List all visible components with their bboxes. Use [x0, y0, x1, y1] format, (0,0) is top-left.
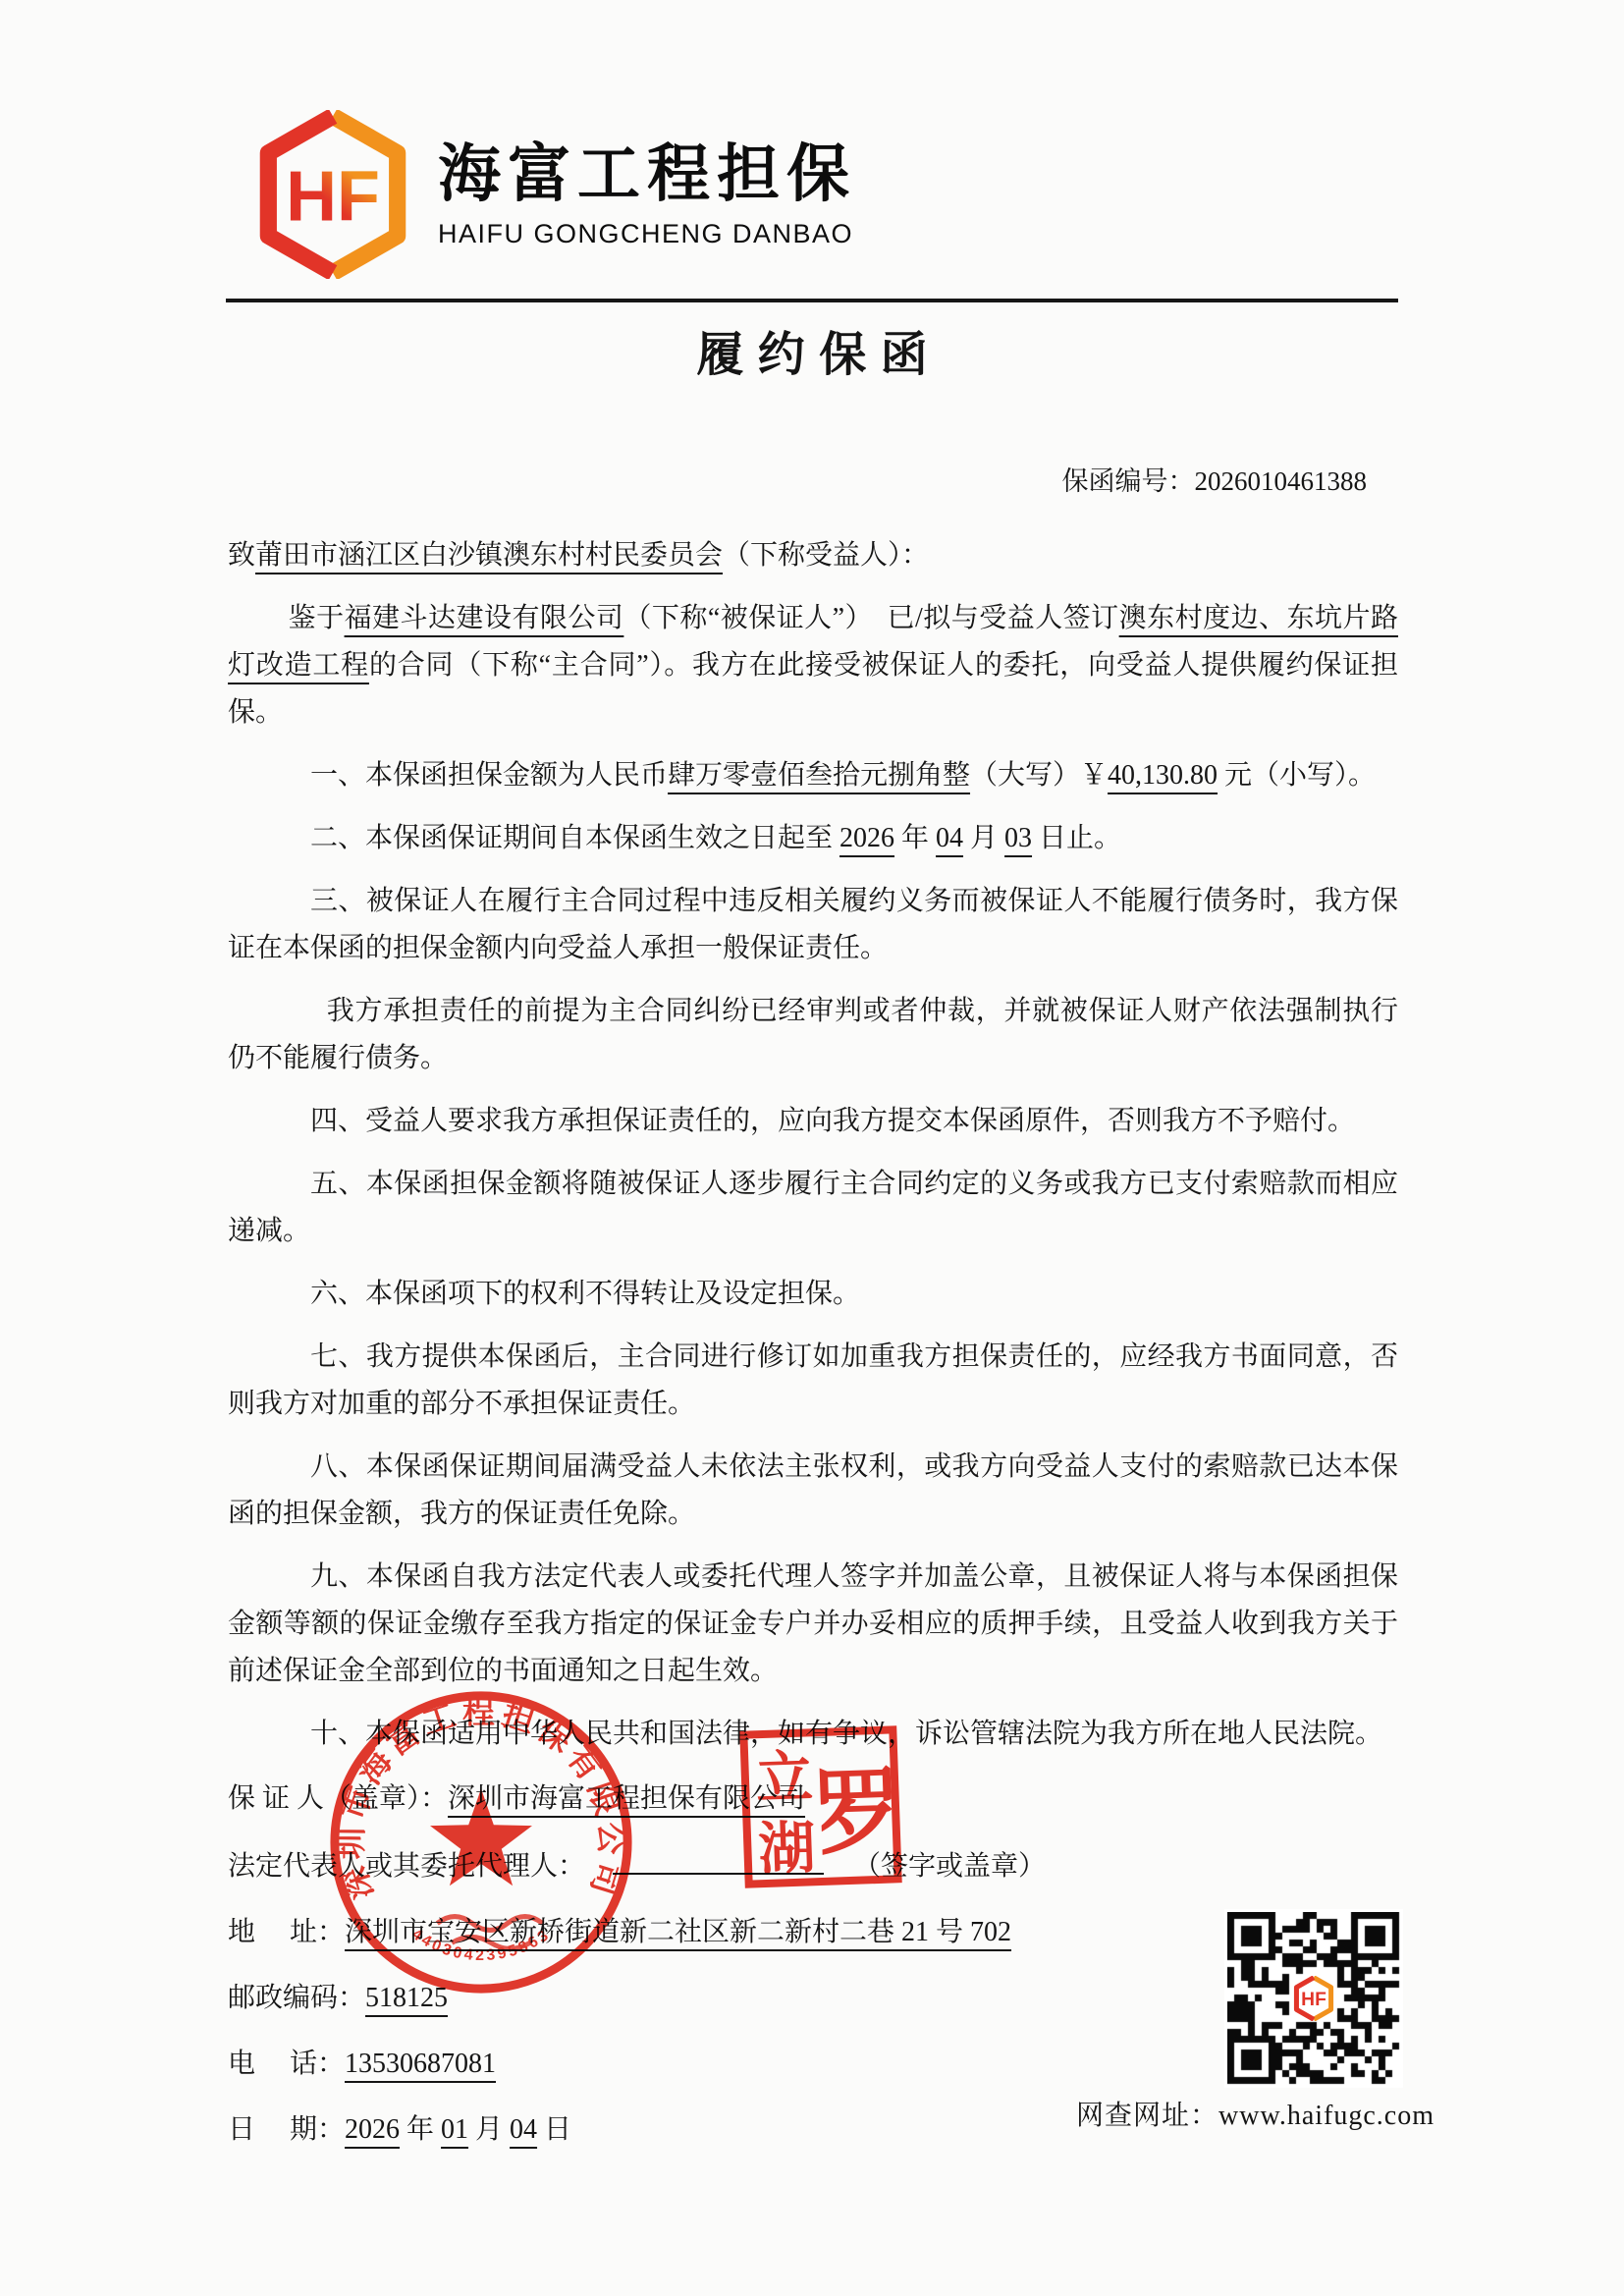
clause-1: 一、本保函担保金额为人民币肆万零壹佰叁拾元捌角整（大写）￥40,130.80 元…: [228, 752, 1398, 799]
ref-value: 2026010461388: [1195, 466, 1368, 496]
clause-3-supplement: 我方承担责任的前提为主合同纠纷已经审判或者仲裁，并就被保证人财产依法强制执行仍不…: [228, 988, 1398, 1082]
text-segment: 一、本保函担保金额为人民币: [310, 760, 668, 791]
postcode-row: 邮政编码：518125: [228, 1975, 1398, 2022]
text-segment: 04: [936, 823, 963, 853]
text-segment: 13530687081: [345, 2049, 496, 2079]
text-segment: 的合同（下称“主合同”）。我方在此接受被保证人的委托，向受益人提供履约保证担保。: [228, 650, 1398, 728]
qr-center-hf-logo-icon: HF: [1293, 1976, 1334, 2021]
text-segment: 03: [1004, 823, 1032, 853]
name-seal-char: 湖: [750, 1807, 823, 1880]
text-segment: （下称“被保证人”） 已/拟与受益人签订: [623, 603, 1118, 633]
text-segment: 鉴于: [289, 603, 345, 633]
logo-chinese-name: 海富工程担保: [438, 139, 856, 208]
text-segment: 六、本保函项下的权利不得转让及设定担保。: [310, 1279, 860, 1309]
text-segment: 九、本保函自我方法定代表人或委托代理人签字并加盖公章，且被保证人将与本保函担保金…: [228, 1561, 1398, 1686]
text-segment: 四、受益人要求我方承担保证责任的，应向我方提交本保函原件，否则我方不予赔付。: [310, 1106, 1355, 1136]
phone-row: 电 话：13530687081: [228, 2041, 1398, 2088]
text-segment: 保 证 人（盖章）：: [228, 1783, 448, 1814]
text-segment: 01: [441, 2114, 468, 2145]
text-segment: 电 话：: [228, 2049, 345, 2079]
text-segment: 地 址：: [228, 1917, 345, 1947]
text-segment: 2026: [839, 823, 894, 853]
svg-text:HF: HF: [286, 158, 380, 237]
text-segment: 莆田市涵江区白沙镇澳东村村民委员会: [255, 540, 723, 571]
text-segment: 年: [894, 823, 936, 853]
text-segment: 五、本保函担保金额将随被保证人逐步履行主合同约定的义务或我方已支付索赔款而相应递…: [228, 1169, 1398, 1246]
salutation-paragraph: 致莆田市涵江区白沙镇澳东村村民委员会（下称受益人）：: [228, 532, 1398, 579]
text-segment: 2026: [345, 2114, 400, 2145]
text-segment: 元（小写）。: [1218, 760, 1376, 791]
logo-text-block: 海富工程担保 HAIFU GONGCHENG DANBAO: [438, 139, 856, 248]
address-row: 地 址：深圳市宝安区新桥街道新二社区新二新村二巷 21 号 702: [228, 1909, 1398, 1956]
ref-label: 保函编号：: [1062, 466, 1195, 496]
intro-paragraph: 鉴于福建斗达建设有限公司（下称“被保证人”） 已/拟与受益人签订澳东村度边、东坑…: [228, 595, 1398, 737]
clause-7: 七、我方提供本保函后，主合同进行修订如加重我方担保责任的，应经我方书面同意，否则…: [228, 1334, 1398, 1428]
text-segment: 40,130.80: [1108, 760, 1218, 791]
guarantee-ref-number: 保函编号：2026010461388: [1062, 460, 1368, 498]
verification-url-caption: 网查网址：www.haifugc.com: [1076, 2094, 1435, 2133]
text-segment: 日止。: [1032, 823, 1121, 853]
text-segment: 福建斗达建设有限公司: [345, 603, 624, 633]
clause-3: 三、被保证人在履行主合同过程中违反相关履约义务而被保证人不能履行债务时，我方保证…: [228, 878, 1398, 972]
text-segment: 三、被保证人在履行主合同过程中违反相关履约义务而被保证人不能履行债务时，我方保证…: [228, 886, 1398, 963]
text-segment: 518125: [365, 1983, 448, 2013]
clause-8: 八、本保函保证期间届满受益人未依法主张权利，或我方向受益人支付的索赔款已达本保函…: [228, 1444, 1398, 1538]
clause-5: 五、本保函担保金额将随被保证人逐步履行主合同约定的义务或我方已支付索赔款而相应递…: [228, 1161, 1398, 1255]
name-seal-char: 罗: [818, 1734, 893, 1878]
svg-text:HF: HF: [1301, 1990, 1326, 2010]
logo-pinyin-name: HAIFU GONGCHENG DANBAO: [438, 219, 856, 249]
page-title: 履约保函: [0, 316, 1624, 384]
text-segment: 致: [228, 540, 255, 571]
clause-4: 四、受益人要求我方承担保证责任的，应向我方提交本保函原件，否则我方不予赔付。: [228, 1098, 1398, 1145]
text-segment: 月: [468, 2114, 510, 2145]
text-segment: 法定代表人或其委托代理人：: [228, 1851, 585, 1882]
text-segment: 肆万零壹佰叁拾元捌角整: [668, 760, 970, 791]
text-segment: 邮政编码：: [228, 1983, 365, 2013]
document-body: 致莆田市涵江区白沙镇澳东村村民委员会（下称受益人）： 鉴于福建斗达建设有限公司（…: [228, 532, 1398, 1774]
text-segment: 八、本保函保证期间届满受益人未依法主张权利，或我方向受益人支付的索赔款已达本保函…: [228, 1451, 1398, 1529]
header-divider: [226, 299, 1398, 302]
text-segment: 二、本保函保证期间自本保函生效之日起至: [310, 823, 839, 853]
clause-9: 九、本保函自我方法定代表人或委托代理人签字并加盖公章，且被保证人将与本保函担保金…: [228, 1554, 1398, 1695]
text-segment: 年: [400, 2114, 441, 2145]
personal-name-seal-stamp: 立 罗 湖: [739, 1725, 901, 1887]
text-segment: 深圳市宝安区新桥街道新二社区新二新村二巷 21 号 702: [345, 1917, 1011, 1947]
verification-qr-code: HF: [1224, 1909, 1403, 2088]
text-segment: （大写）￥: [970, 760, 1108, 791]
clause-6: 六、本保函项下的权利不得转让及设定担保。: [228, 1271, 1398, 1318]
text-segment: 04: [510, 2114, 537, 2145]
text-segment: 日 期：: [228, 2114, 345, 2145]
document-page: HF 海富工程担保 HAIFU GONGCHENG DANBAO 履约保函 保函…: [0, 0, 1624, 2296]
clause-2: 二、本保函保证期间自本保函生效之日起至 2026 年 04 月 03 日止。: [228, 815, 1398, 862]
text-segment: 我方承担责任的前提为主合同纠纷已经审判或者仲裁，并就被保证人财产依法强制执行仍不…: [228, 996, 1398, 1073]
text-segment: （下称受益人）：: [723, 540, 929, 571]
hexagon-hf-logo-icon: HF: [253, 110, 412, 279]
name-seal-char: 立: [748, 1736, 821, 1809]
text-segment: 七、我方提供本保函后，主合同进行修订如加重我方担保责任的，应经我方书面同意，否则…: [228, 1341, 1398, 1419]
company-logo: HF 海富工程担保 HAIFU GONGCHENG DANBAO: [253, 110, 856, 279]
text-segment: 日: [537, 2114, 571, 2145]
text-segment: 月: [963, 823, 1004, 853]
